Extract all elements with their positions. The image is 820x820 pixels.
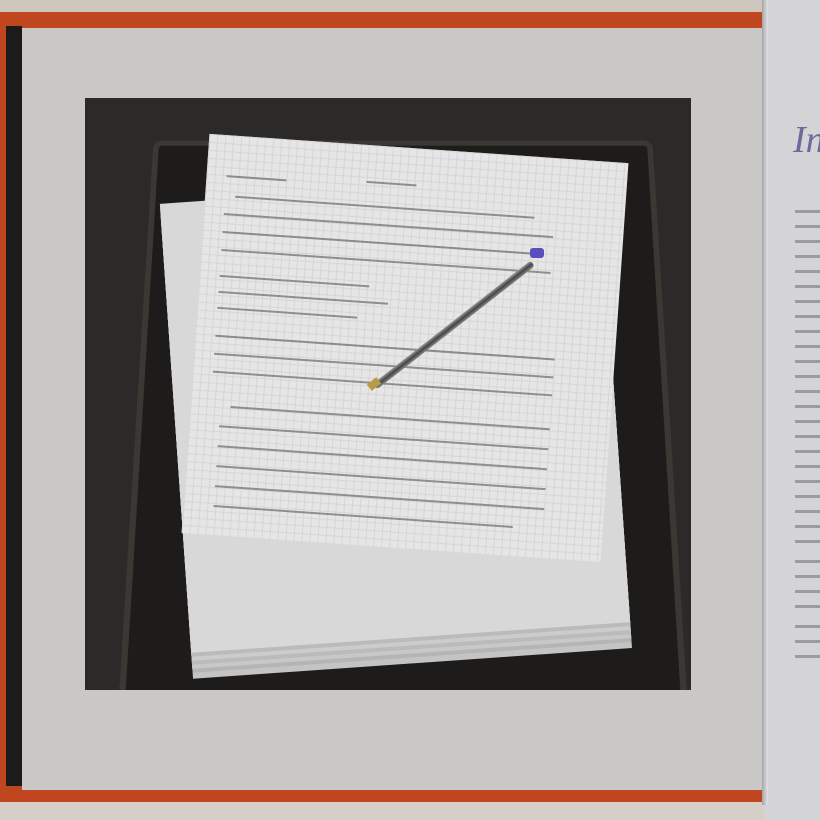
photograph	[85, 98, 691, 690]
cover-inner-edge	[6, 26, 22, 786]
chapter-heading: In	[793, 118, 820, 162]
book-gutter	[762, 0, 768, 805]
top-handwritten-sheet	[182, 134, 629, 562]
table-surface	[0, 802, 820, 820]
pen-cap	[530, 248, 544, 258]
